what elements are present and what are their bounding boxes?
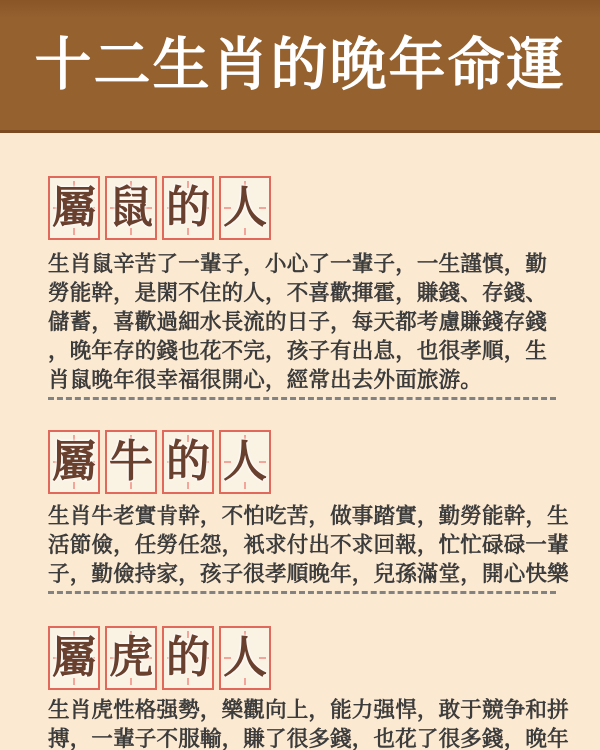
content-area: 屬 鼠 的 人 生肖鼠辛苦了一輩子，小心了一輩子，一生謹慎，勤 勞能幹，是閑不住… xyxy=(0,176,600,750)
paragraph-line: 肖鼠晚年很幸福很開心，經常出去外面旅游。 xyxy=(48,366,556,395)
heading-char: 的 xyxy=(166,440,210,484)
section-heading-ox: 屬 牛 的 人 xyxy=(48,430,556,494)
heading-char-box: 屬 xyxy=(48,626,100,690)
paragraph-line: 勞能幹，是閑不住的人，不喜歡揮霍，賺錢、存錢、 xyxy=(48,279,556,308)
heading-char-box: 虎 xyxy=(105,626,157,690)
section-tiger: 屬 虎 的 人 生肖虎性格强勢，樂觀向上，能力强悍，敢于競争和拼 搏，一輩子不服… xyxy=(48,626,556,750)
heading-char: 鼠 xyxy=(109,186,153,230)
heading-char: 的 xyxy=(166,186,210,230)
section-paragraph-ox: 生肖牛老實肯幹，不怕吃苦，做事踏實，勤勞能幹，生 活節儉，任勞任怨，衹求付出不求… xyxy=(48,502,556,589)
dashed-divider xyxy=(48,591,556,594)
paragraph-line: ，晚年存的錢也花不完，孩子有出息，也很孝順，生 xyxy=(48,337,556,366)
heading-char: 的 xyxy=(166,636,210,680)
title-banner: 十二生肖的晚年命運 xyxy=(0,0,600,133)
heading-char: 人 xyxy=(223,186,267,230)
heading-char-box: 鼠 xyxy=(105,176,157,240)
heading-char-box: 人 xyxy=(219,430,271,494)
section-heading-tiger: 屬 虎 的 人 xyxy=(48,626,556,690)
heading-char-box: 屬 xyxy=(48,430,100,494)
section-ox: 屬 牛 的 人 生肖牛老實肯幹，不怕吃苦，做事踏實，勤勞能幹，生 活節儉，任勞任… xyxy=(48,430,556,594)
paragraph-line: 子，勤儉持家，孩子很孝順晚年，兒孫滿堂，開心快樂 xyxy=(48,560,556,589)
paragraph-line: 生肖鼠辛苦了一輩子，小心了一輩子，一生謹慎，勤 xyxy=(48,250,556,279)
paragraph-line: 活節儉，任勞任怨，衹求付出不求回報，忙忙碌碌一輩 xyxy=(48,531,556,560)
heading-char-box: 的 xyxy=(162,430,214,494)
page-title: 十二生肖的晚年命運 xyxy=(35,37,566,94)
section-paragraph-rat: 生肖鼠辛苦了一輩子，小心了一輩子，一生謹慎，勤 勞能幹，是閑不住的人，不喜歡揮霍… xyxy=(48,250,556,395)
heading-char-box: 人 xyxy=(219,176,271,240)
zodiac-infographic: 十二生肖的晚年命運 屬 鼠 的 人 生肖鼠辛苦了一輩子，小心了一輩子，一生謹慎，… xyxy=(0,0,600,750)
heading-char: 屬 xyxy=(52,186,96,230)
dashed-divider xyxy=(48,397,556,400)
heading-char-box: 屬 xyxy=(48,176,100,240)
heading-char: 屬 xyxy=(52,636,96,680)
section-rat: 屬 鼠 的 人 生肖鼠辛苦了一輩子，小心了一輩子，一生謹慎，勤 勞能幹，是閑不住… xyxy=(48,176,556,400)
heading-char-box: 人 xyxy=(219,626,271,690)
heading-char: 屬 xyxy=(52,440,96,484)
heading-char: 虎 xyxy=(109,636,153,680)
paragraph-line: 儲蓄，喜歡過細水長流的日子，每天都考慮賺錢存錢 xyxy=(48,308,556,337)
heading-char: 人 xyxy=(223,636,267,680)
heading-char-box: 牛 xyxy=(105,430,157,494)
paragraph-line: 搏，一輩子不服輸，賺了很多錢，也花了很多錢，晚年 xyxy=(48,725,556,750)
section-heading-rat: 屬 鼠 的 人 xyxy=(48,176,556,240)
heading-char: 牛 xyxy=(109,440,153,484)
section-paragraph-tiger: 生肖虎性格强勢，樂觀向上，能力强悍，敢于競争和拼 搏，一輩子不服輸，賺了很多錢，… xyxy=(48,696,556,750)
heading-char-box: 的 xyxy=(162,626,214,690)
heading-char-box: 的 xyxy=(162,176,214,240)
paragraph-line: 生肖牛老實肯幹，不怕吃苦，做事踏實，勤勞能幹，生 xyxy=(48,502,556,531)
heading-char: 人 xyxy=(223,440,267,484)
paragraph-line: 生肖虎性格强勢，樂觀向上，能力强悍，敢于競争和拼 xyxy=(48,696,556,725)
